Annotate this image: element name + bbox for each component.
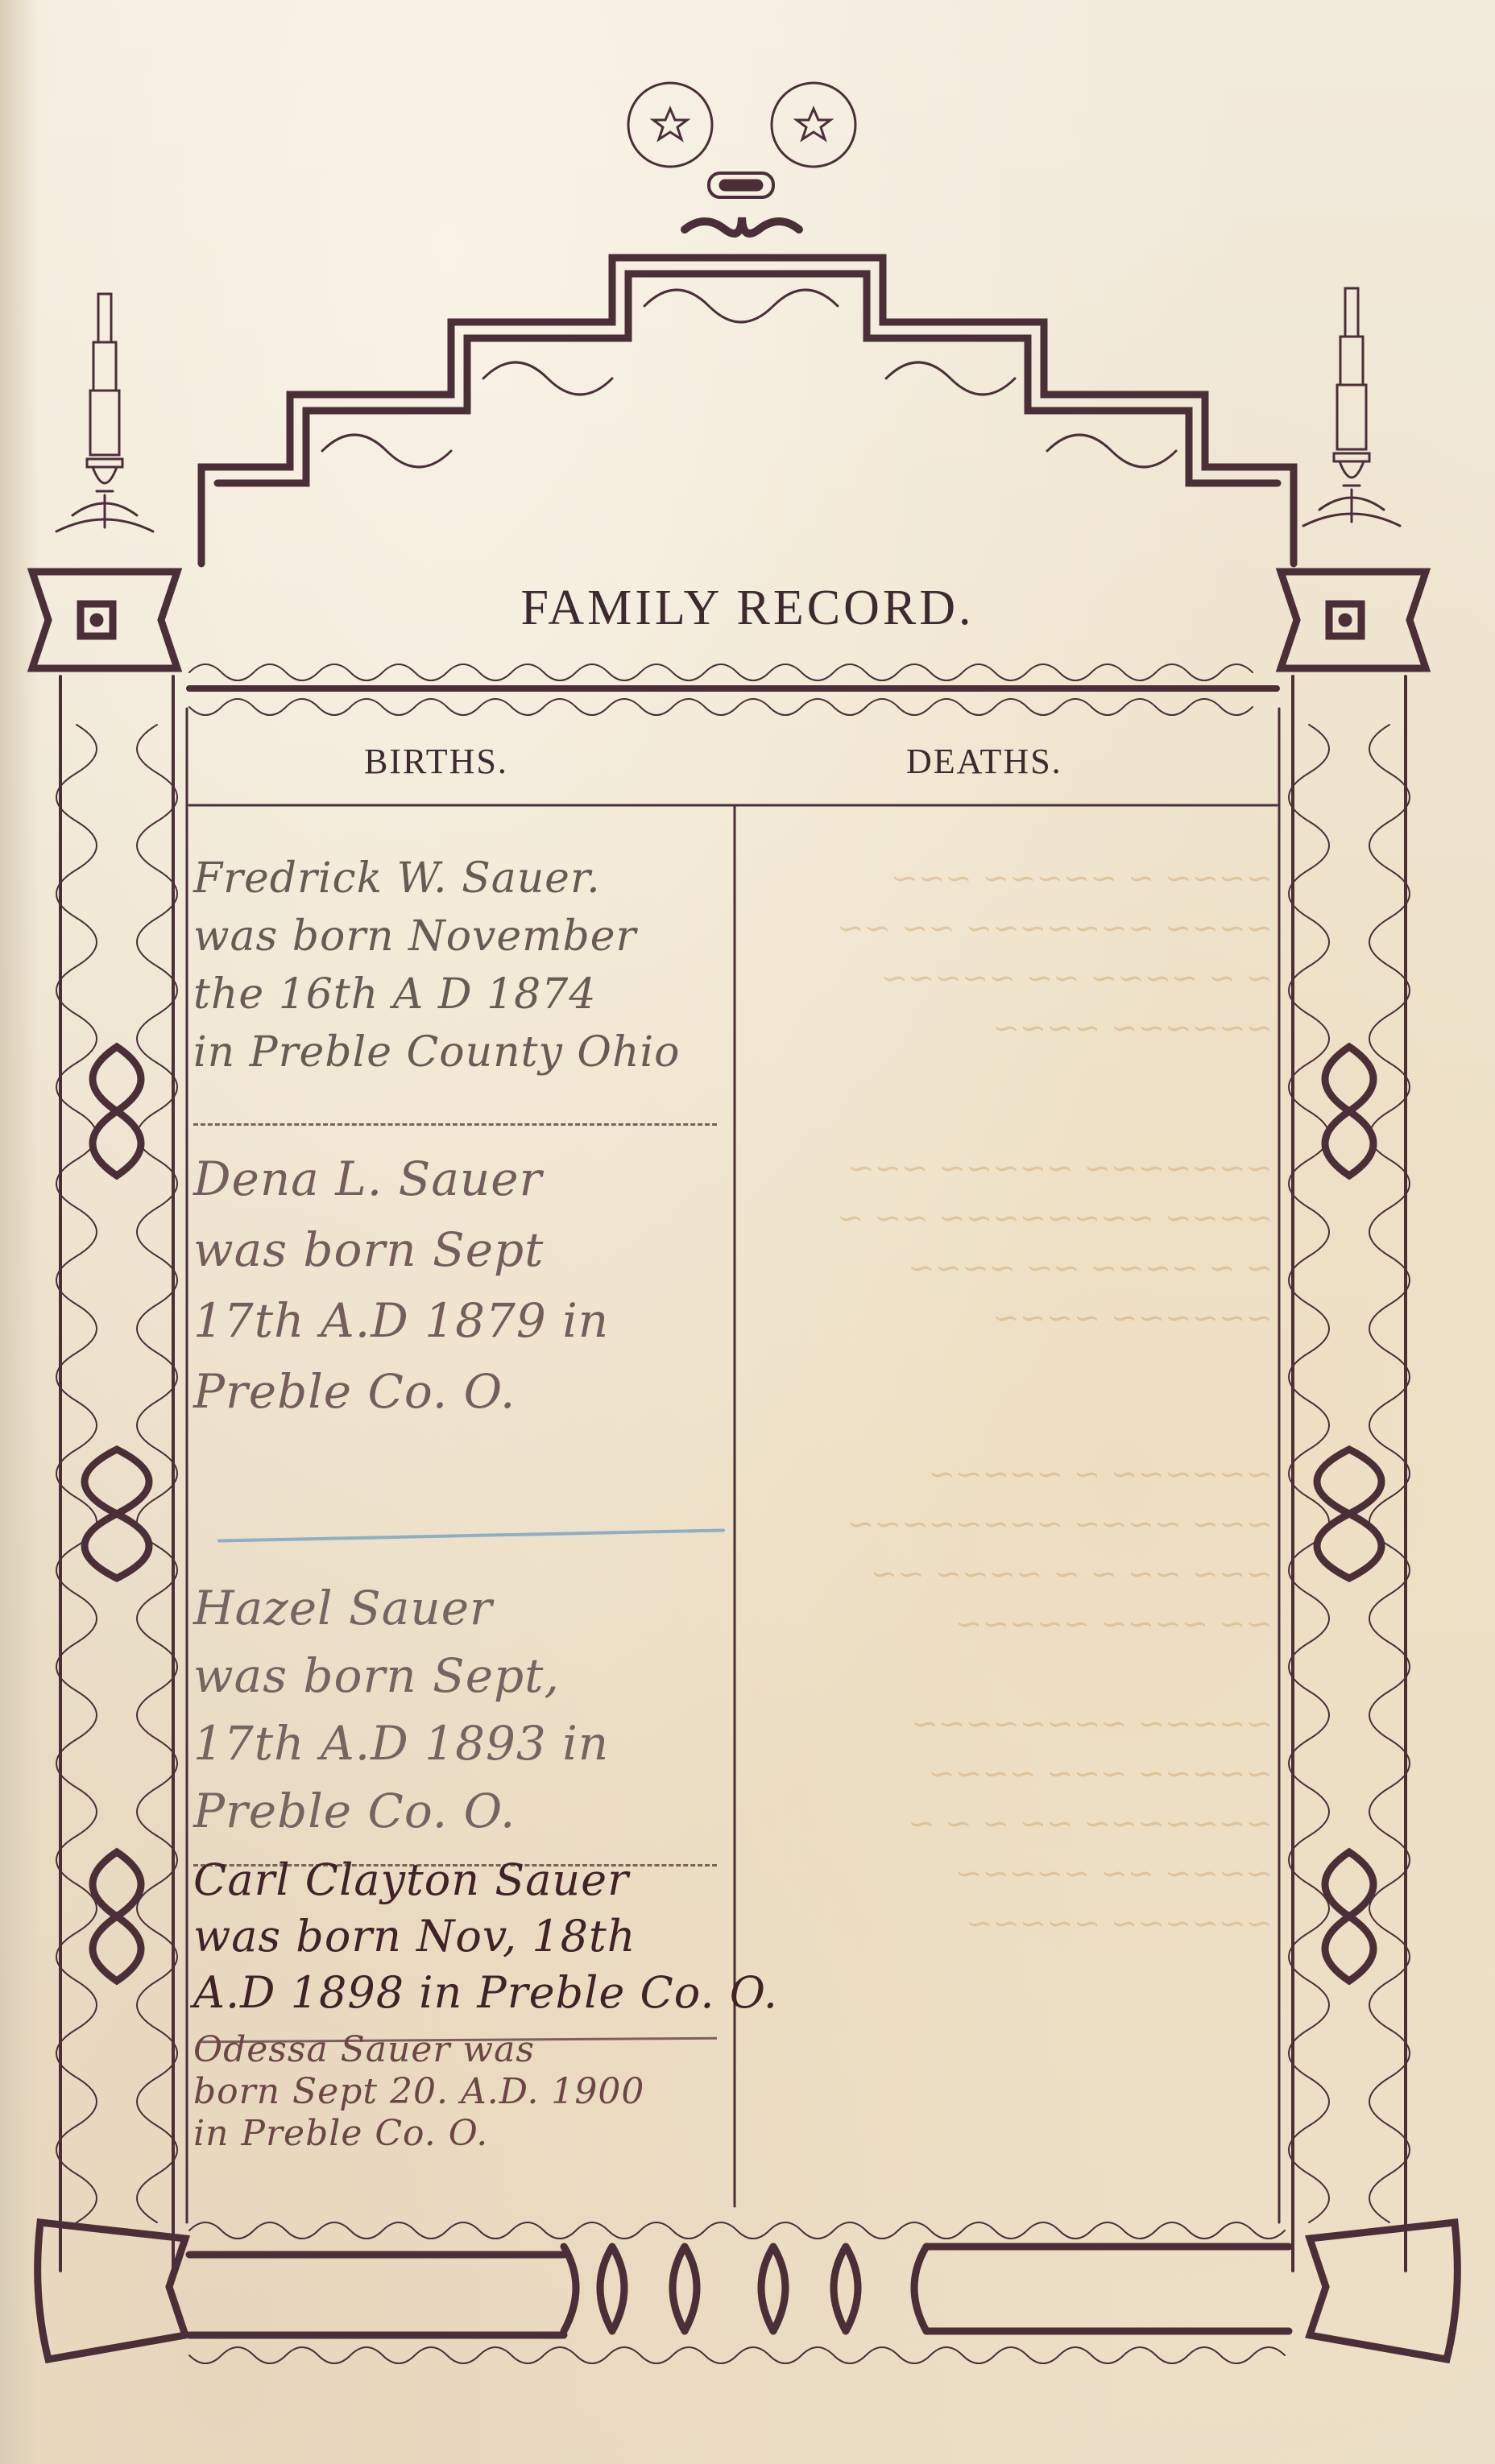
gable-ornament-right bbox=[746, 258, 1294, 564]
bleed-through-texture: ~~~~ ~ ~~~~~ ~~~ ~~~~ ~~~~~~~ ~~ ~~ ~ ~ … bbox=[773, 854, 1273, 1053]
entry-line: Carl Clayton Sauer bbox=[193, 1852, 725, 1908]
entry-line: Dena L. Sauer bbox=[193, 1143, 725, 1214]
entry-line: 17th A.D 1893 in bbox=[193, 1710, 725, 1777]
birth-entry: Odessa Sauer was born Sept 20. A.D. 1900… bbox=[193, 2029, 725, 2155]
entry-line: Odessa Sauer was bbox=[193, 2029, 725, 2071]
entry-line: in Preble County Ohio bbox=[193, 1023, 725, 1081]
birth-entry: Fredrick W. Sauer. was born November the… bbox=[193, 850, 725, 1081]
entry-line: born Sept 20. A.D. 1900 bbox=[193, 2071, 725, 2113]
right-finial-ornament bbox=[1303, 288, 1400, 526]
entry-line: was born Sept, bbox=[193, 1642, 725, 1710]
bleed-through-texture: ~~~~~~~ ~~~~~ ~~~ ~~~~ ~~~~~~~~ ~~ ~ ~ ~… bbox=[773, 1143, 1273, 1343]
entry-line: the 16th A D 1874 bbox=[193, 965, 725, 1023]
entry-line: was born Sept bbox=[193, 1214, 725, 1285]
bleed-through-texture: ~~~~~~ ~ ~~~~~ ~~~ ~~~~ ~~~~~~~~ ~~~ ~~ … bbox=[773, 1449, 1273, 1649]
entry-line: Preble Co. O. bbox=[193, 1356, 725, 1427]
entry-line: was born November bbox=[193, 907, 725, 965]
left-finial-ornament bbox=[56, 294, 153, 531]
family-record-page: FAMILY RECORD. BIRTHS. DEATHS. Fredrick … bbox=[0, 0, 1495, 2464]
birth-entry: Carl Clayton Sauer was born Nov, 18th A.… bbox=[193, 1852, 725, 2021]
entry-line: Fredrick W. Sauer. bbox=[193, 850, 725, 907]
entry-line: Preble Co. O. bbox=[193, 1777, 725, 1845]
births-column-header: BIRTHS. bbox=[364, 741, 508, 782]
entry-line: was born Nov, 18th bbox=[193, 1908, 725, 1965]
right-border-ornament bbox=[1279, 676, 1406, 2271]
birth-entry: Hazel Sauer was born Sept, 17th A.D 1893… bbox=[193, 1574, 725, 1845]
entry-line: Hazel Sauer bbox=[193, 1574, 725, 1642]
deaths-column-header: DEATHS. bbox=[906, 741, 1062, 782]
entry-line: 17th A.D 1879 in bbox=[193, 1285, 725, 1356]
entry-line: A.D 1898 in Preble Co. O. bbox=[193, 1965, 725, 2021]
bottom-border-ornament bbox=[38, 2222, 1458, 2363]
page-title: FAMILY RECORD. bbox=[0, 580, 1495, 637]
entry-separator bbox=[193, 1123, 717, 1126]
top-crest-ornament bbox=[628, 83, 855, 234]
left-border-ornament bbox=[60, 676, 187, 2271]
gable-ornament-left bbox=[201, 258, 749, 564]
entry-line: in Preble Co. O. bbox=[193, 2113, 725, 2155]
bleed-through-texture: ~~~~~ ~~~~~~~~ ~~~~~ ~~~ ~~~~ ~~~~~~~ ~~… bbox=[773, 1699, 1273, 1949]
birth-entry: Dena L. Sauer was born Sept 17th A.D 187… bbox=[193, 1143, 725, 1427]
